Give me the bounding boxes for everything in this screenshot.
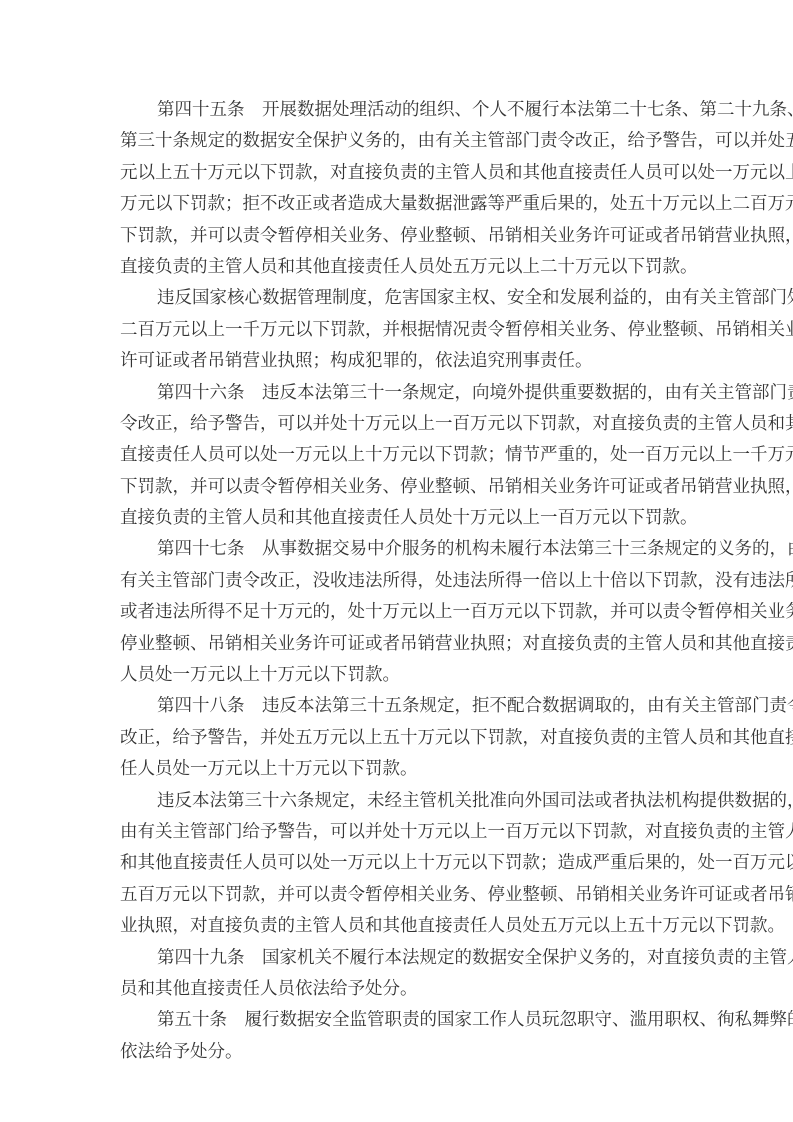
paragraph-article-47: 第四十七条 从事数据交易中介服务的机构未履行本法第三十三条规定的义务的，由 有关… [120, 534, 694, 691]
text-line: 直接负责的主管人员和其他直接责任人员处十万元以上一百万元以下罚款。 [120, 503, 694, 534]
paragraph-article-48-clause-2: 违反本法第三十六条规定，未经主管机关批准向外国司法或者执法机构提供数据的， 由有… [120, 786, 694, 943]
paragraph-article-48: 第四十八条 违反本法第三十五条规定，拒不配合数据调取的，由有关主管部门责令 改正… [120, 691, 694, 785]
text-line: 违反本法第三十六条规定，未经主管机关批准向外国司法或者执法机构提供数据的， [120, 786, 694, 817]
text-line: 五百万元以下罚款，并可以责令暂停相关业务、停业整顿、吊销相关业务许可证或者吊销营 [120, 880, 694, 911]
text-line: 二百万元以上一千万元以下罚款，并根据情况责令暂停相关业务、停业整顿、吊销相关业务 [120, 315, 694, 346]
text-line: 有关主管部门责令改正，没收违法所得，处违法所得一倍以上十倍以下罚款，没有违法所得 [120, 566, 694, 597]
text-line: 或者违法所得不足十万元的，处十万元以上一百万元以下罚款，并可以责令暂停相关业务、 [120, 597, 694, 628]
document-body: 第四十五条 开展数据处理活动的组织、个人不履行本法第二十七条、第二十九条、 第三… [120, 95, 694, 1068]
text-line: 令改正，给予警告，可以并处十万元以上一百万元以下罚款，对直接负责的主管人员和其他 [120, 409, 694, 440]
text-line: 下罚款，并可以责令暂停相关业务、停业整顿、吊销相关业务许可证或者吊销营业执照，对 [120, 472, 694, 503]
text-line: 第四十六条 违反本法第三十一条规定，向境外提供重要数据的，由有关主管部门责 [120, 378, 694, 409]
text-line: 第四十五条 开展数据处理活动的组织、个人不履行本法第二十七条、第二十九条、 [120, 95, 694, 126]
text-line: 由有关主管部门给予警告，可以并处十万元以上一百万元以下罚款，对直接负责的主管人员 [120, 817, 694, 848]
text-line: 直接负责的主管人员和其他直接责任人员处五万元以上二十万元以下罚款。 [120, 252, 694, 283]
paragraph-article-46: 第四十六条 违反本法第三十一条规定，向境外提供重要数据的，由有关主管部门责 令改… [120, 378, 694, 535]
text-line: 改正，给予警告，并处五万元以上五十万元以下罚款，对直接负责的主管人员和其他直接责 [120, 723, 694, 754]
text-line: 和其他直接责任人员可以处一万元以上十万元以下罚款；造成严重后果的，处一百万元以上 [120, 848, 694, 879]
text-line: 违反国家核心数据管理制度，危害国家主权、安全和发展利益的，由有关主管部门处 [120, 283, 694, 314]
paragraph-article-45-clause-2: 违反国家核心数据管理制度，危害国家主权、安全和发展利益的，由有关主管部门处 二百… [120, 283, 694, 377]
document-page: 第四十五条 开展数据处理活动的组织、个人不履行本法第二十七条、第二十九条、 第三… [0, 0, 793, 1122]
text-line: 万元以下罚款；拒不改正或者造成大量数据泄露等严重后果的，处五十万元以上二百万元以 [120, 189, 694, 220]
text-line: 直接责任人员可以处一万元以上十万元以下罚款；情节严重的，处一百万元以上一千万元以 [120, 440, 694, 471]
text-line: 业执照，对直接负责的主管人员和其他直接责任人员处五万元以上五十万元以下罚款。 [120, 911, 694, 942]
paragraph-article-49: 第四十九条 国家机关不履行本法规定的数据安全保护义务的，对直接负责的主管人 员和… [120, 943, 694, 1006]
text-line: 任人员处一万元以上十万元以下罚款。 [120, 754, 694, 785]
text-line: 人员处一万元以上十万元以下罚款。 [120, 660, 694, 691]
text-line: 第四十七条 从事数据交易中介服务的机构未履行本法第三十三条规定的义务的，由 [120, 534, 694, 565]
paragraph-article-45: 第四十五条 开展数据处理活动的组织、个人不履行本法第二十七条、第二十九条、 第三… [120, 95, 694, 283]
paragraph-article-50: 第五十条 履行数据安全监管职责的国家工作人员玩忽职守、滥用职权、徇私舞弊的， 依… [120, 1005, 694, 1068]
text-line: 依法给予处分。 [120, 1037, 694, 1068]
text-line: 第四十八条 违反本法第三十五条规定，拒不配合数据调取的，由有关主管部门责令 [120, 691, 694, 722]
text-line: 许可证或者吊销营业执照；构成犯罪的，依法追究刑事责任。 [120, 346, 694, 377]
text-line: 第三十条规定的数据安全保护义务的，由有关主管部门责令改正，给予警告，可以并处五万 [120, 126, 694, 157]
text-line: 第四十九条 国家机关不履行本法规定的数据安全保护义务的，对直接负责的主管人 [120, 943, 694, 974]
text-line: 第五十条 履行数据安全监管职责的国家工作人员玩忽职守、滥用职权、徇私舞弊的， [120, 1005, 694, 1036]
text-line: 员和其他直接责任人员依法给予处分。 [120, 974, 694, 1005]
text-line: 元以上五十万元以下罚款，对直接负责的主管人员和其他直接责任人员可以处一万元以上十 [120, 158, 694, 189]
text-line: 下罚款，并可以责令暂停相关业务、停业整顿、吊销相关业务许可证或者吊销营业执照，对 [120, 221, 694, 252]
text-line: 停业整顿、吊销相关业务许可证或者吊销营业执照；对直接负责的主管人员和其他直接责任 [120, 629, 694, 660]
